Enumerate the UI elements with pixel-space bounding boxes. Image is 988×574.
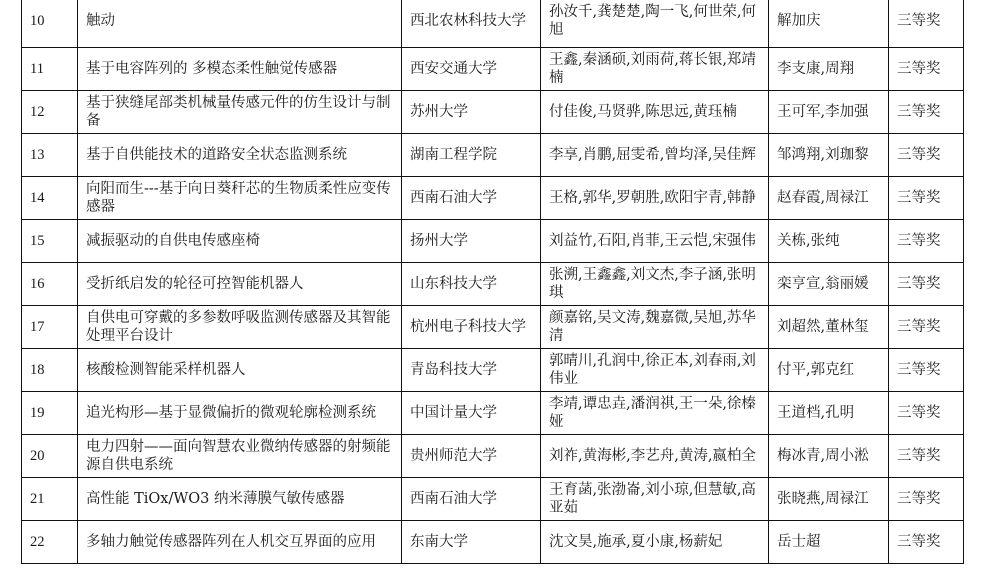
cell-prize: 三等奖 — [889, 262, 964, 305]
cell-school: 杭州电子科技大学 — [402, 305, 541, 348]
table-row: 10 触动 西北农林科技大学 孙汝千,龚楚楚,陶一飞,何世荣,何旭 解加庆 三等… — [22, 0, 964, 47]
cell-prize: 三等奖 — [889, 477, 964, 520]
cell-advisor: 梅冰青,周小淞 — [769, 434, 889, 477]
cell-project-title: 电力四射——面向智慧农业微纳传感器的射频能源自供电系统 — [78, 434, 402, 477]
cell-number: 15 — [22, 219, 78, 262]
table-row: 16 受折纸启发的轮径可控智能机器人 山东科技大学 张溯,王鑫鑫,刘文杰,李子涵… — [22, 262, 964, 305]
cell-school: 青岛科技大学 — [402, 348, 541, 391]
cell-number: 22 — [22, 520, 78, 563]
cell-school: 西南石油大学 — [402, 176, 541, 219]
cell-project-title: 高性能 TiOx/WO3 纳米薄膜气敏传感器 — [78, 477, 402, 520]
cell-members: 颜嘉铭,吴文涛,魏嘉微,吴旭,苏华清 — [541, 305, 769, 348]
cell-school: 山东科技大学 — [402, 262, 541, 305]
table-row: 15 减振驱动的自供电传感座椅 扬州大学 刘益竹,石阳,肖菲,王云恺,宋强伟 关… — [22, 219, 964, 262]
cell-prize: 三等奖 — [889, 520, 964, 563]
cell-advisor: 赵春霞,周禄江 — [769, 176, 889, 219]
cell-school: 西北农林科技大学 — [402, 0, 541, 47]
cell-members: 郭晴川,孔润中,徐正本,刘春雨,刘伟业 — [541, 348, 769, 391]
cell-prize: 三等奖 — [889, 434, 964, 477]
cell-school: 东南大学 — [402, 520, 541, 563]
table-row: 20 电力四射——面向智慧农业微纳传感器的射频能源自供电系统 贵州师范大学 刘祚… — [22, 434, 964, 477]
cell-number: 12 — [22, 90, 78, 133]
cell-prize: 三等奖 — [889, 133, 964, 176]
cell-prize: 三等奖 — [889, 176, 964, 219]
awards-table: 10 触动 西北农林科技大学 孙汝千,龚楚楚,陶一飞,何世荣,何旭 解加庆 三等… — [21, 0, 964, 564]
cell-members: 刘益竹,石阳,肖菲,王云恺,宋强伟 — [541, 219, 769, 262]
cell-school: 西安交通大学 — [402, 47, 541, 90]
cell-project-title: 核酸检测智能采样机器人 — [78, 348, 402, 391]
cell-school: 湖南工程学院 — [402, 133, 541, 176]
cell-number: 13 — [22, 133, 78, 176]
cell-advisor: 解加庆 — [769, 0, 889, 47]
cell-prize: 三等奖 — [889, 47, 964, 90]
cell-members: 孙汝千,龚楚楚,陶一飞,何世荣,何旭 — [541, 0, 769, 47]
table-row: 17 自供电可穿戴的多参数呼吸监测传感器及其智能处理平台设计 杭州电子科技大学 … — [22, 305, 964, 348]
cell-school: 扬州大学 — [402, 219, 541, 262]
cell-number: 17 — [22, 305, 78, 348]
table-row: 21 高性能 TiOx/WO3 纳米薄膜气敏传感器 西南石油大学 王育菡,张渤崙… — [22, 477, 964, 520]
cell-prize: 三等奖 — [889, 0, 964, 47]
cell-advisor: 邹鸿翔,刘珈黎 — [769, 133, 889, 176]
cell-advisor: 栾亨宣,翁丽媛 — [769, 262, 889, 305]
cell-school: 中国计量大学 — [402, 391, 541, 434]
cell-members: 王格,郭华,罗朝胜,欧阳宇青,韩静 — [541, 176, 769, 219]
cell-advisor: 张晓燕,周禄江 — [769, 477, 889, 520]
cell-number: 11 — [22, 47, 78, 90]
cell-members: 张溯,王鑫鑫,刘文杰,李子涵,张明琪 — [541, 262, 769, 305]
cell-advisor: 王道档,孔明 — [769, 391, 889, 434]
awards-table-body: 10 触动 西北农林科技大学 孙汝千,龚楚楚,陶一飞,何世荣,何旭 解加庆 三等… — [22, 0, 964, 563]
cell-school: 苏州大学 — [402, 90, 541, 133]
cell-number: 19 — [22, 391, 78, 434]
cell-project-title: 向阳而生---基于向日葵秆芯的生物质柔性应变传感器 — [78, 176, 402, 219]
cell-project-title: 基于自供能技术的道路安全状态监测系统 — [78, 133, 402, 176]
cell-number: 10 — [22, 0, 78, 47]
cell-project-title: 受折纸启发的轮径可控智能机器人 — [78, 262, 402, 305]
cell-prize: 三等奖 — [889, 90, 964, 133]
cell-advisor: 刘超然,董林玺 — [769, 305, 889, 348]
cell-project-title: 触动 — [78, 0, 402, 47]
cell-members: 王育菡,张渤崙,刘小琼,但慧敏,高亚茹 — [541, 477, 769, 520]
cell-advisor: 王可军,李加强 — [769, 90, 889, 133]
cell-advisor: 关栋,张纯 — [769, 219, 889, 262]
cell-advisor: 岳士超 — [769, 520, 889, 563]
cell-advisor: 付平,郭克红 — [769, 348, 889, 391]
cell-project-title: 基于电容阵列的 多模态柔性触觉传感器 — [78, 47, 402, 90]
cell-members: 刘祚,黄海彬,李艺舟,黄涛,嬴柏全 — [541, 434, 769, 477]
cell-prize: 三等奖 — [889, 391, 964, 434]
cell-school: 西南石油大学 — [402, 477, 541, 520]
table-row: 11 基于电容阵列的 多模态柔性触觉传感器 西安交通大学 王鑫,秦涵硕,刘雨荷,… — [22, 47, 964, 90]
cell-project-title: 自供电可穿戴的多参数呼吸监测传感器及其智能处理平台设计 — [78, 305, 402, 348]
table-row: 13 基于自供能技术的道路安全状态监测系统 湖南工程学院 李享,肖鹏,屈雯希,曾… — [22, 133, 964, 176]
table-row: 18 核酸检测智能采样机器人 青岛科技大学 郭晴川,孔润中,徐正本,刘春雨,刘伟… — [22, 348, 964, 391]
cell-prize: 三等奖 — [889, 348, 964, 391]
cell-number: 18 — [22, 348, 78, 391]
cell-prize: 三等奖 — [889, 219, 964, 262]
cell-prize: 三等奖 — [889, 305, 964, 348]
table-row: 22 多轴力触觉传感器阵列在人机交互界面的应用 东南大学 沈文昊,施承,夏小康,… — [22, 520, 964, 563]
table-row: 12 基于狭缝尾部类机械量传感元件的仿生设计与制备 苏州大学 付佳俊,马贤骅,陈… — [22, 90, 964, 133]
cell-advisor: 李支康,周翔 — [769, 47, 889, 90]
cell-project-title: 追光构形—基于显微偏折的微观轮廓检测系统 — [78, 391, 402, 434]
cell-number: 14 — [22, 176, 78, 219]
cell-members: 李享,肖鹏,屈雯希,曾均泽,吴佳辉 — [541, 133, 769, 176]
cell-members: 付佳俊,马贤骅,陈思远,黄珏楠 — [541, 90, 769, 133]
cell-number: 16 — [22, 262, 78, 305]
cell-school: 贵州师范大学 — [402, 434, 541, 477]
cell-members: 沈文昊,施承,夏小康,杨薪妃 — [541, 520, 769, 563]
cell-number: 20 — [22, 434, 78, 477]
cell-project-title: 多轴力触觉传感器阵列在人机交互界面的应用 — [78, 520, 402, 563]
cell-project-title: 基于狭缝尾部类机械量传感元件的仿生设计与制备 — [78, 90, 402, 133]
table-row: 19 追光构形—基于显微偏折的微观轮廓检测系统 中国计量大学 李靖,谭忠垚,潘润… — [22, 391, 964, 434]
cell-project-title: 减振驱动的自供电传感座椅 — [78, 219, 402, 262]
cell-members: 李靖,谭忠垚,潘润祺,王一朵,徐榛娅 — [541, 391, 769, 434]
cell-members: 王鑫,秦涵硕,刘雨荷,蒋长银,郑靖楠 — [541, 47, 769, 90]
cell-number: 21 — [22, 477, 78, 520]
table-row: 14 向阳而生---基于向日葵秆芯的生物质柔性应变传感器 西南石油大学 王格,郭… — [22, 176, 964, 219]
